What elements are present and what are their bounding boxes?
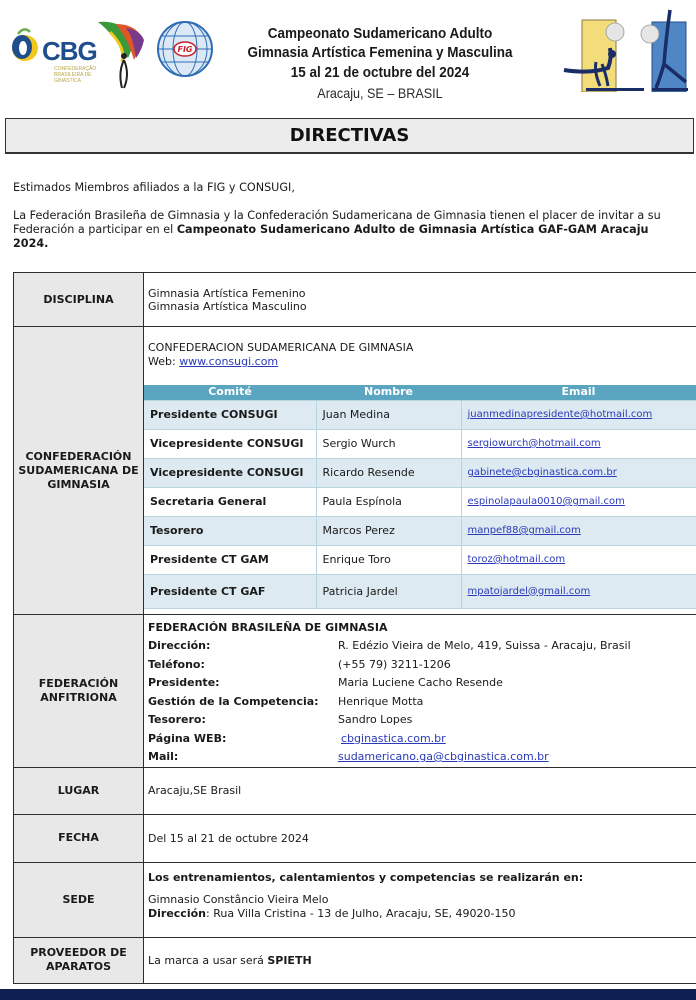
row-confederacion: CONFEDERACIÓN SUDAMERICANA DE GIMNASIA C… — [14, 327, 696, 615]
email-link[interactable]: sergiowurch@hotmail.com — [468, 438, 601, 449]
consugi-name: CONFEDERACION SUDAMERICANA DE GIMNASIA — [148, 341, 696, 355]
value-disciplina: Gimnasia Artística Femenino Gimnasia Art… — [144, 273, 696, 327]
committee-row: Vicepresidente CONSUGI Sergio Wurch serg… — [144, 429, 696, 458]
label-lugar: LUGAR — [14, 767, 144, 814]
svg-text:FIG: FIG — [177, 45, 192, 54]
gestion-value: Henrique Motta — [338, 693, 696, 712]
event-title-block: Campeonato Sudamericano Adulto Gimnasia … — [230, 24, 530, 102]
fig-globe-logo-icon: FIG — [156, 20, 214, 78]
intro-text: Estimados Miembros afiliados a la FIG y … — [13, 181, 683, 265]
federacion-title: FEDERACIÓN BRASILEÑA DE GIMNASIA — [148, 619, 696, 637]
cbg-swirl-icon — [10, 26, 40, 62]
col-header-email: Email — [461, 385, 696, 400]
row-disciplina: DISCIPLINA Gimnasia Artística Femenino G… — [14, 273, 696, 327]
mail-link[interactable]: sudamericano.ga@cbginastica.com.br — [338, 750, 549, 763]
telefono-value: (+55 79) 3211-1206 — [338, 656, 696, 675]
event-title: Campeonato Sudamericano Adulto — [245, 24, 515, 44]
sede-intro: Los entrenamientos, calentamientos y com… — [148, 871, 696, 885]
label-fecha: FECHA — [14, 814, 144, 862]
cbg-subtitle: CONFEDERAÇÃO BRASILEIRA DE GINÁSTICA — [54, 66, 96, 84]
footer-bar — [0, 989, 696, 1000]
invitation-paragraph: La Federación Brasileña de Gimnasia y la… — [13, 209, 683, 251]
value-confederacion: CONFEDERACION SUDAMERICANA DE GIMNASIA W… — [144, 327, 696, 615]
committee-row: Tesorero Marcos Perez manpef88@gmail.com — [144, 516, 696, 545]
email-link[interactable]: gabinete@cbginastica.com.br — [468, 467, 617, 478]
committee-row: Vicepresidente CONSUGI Ricardo Resende g… — [144, 458, 696, 487]
committee-row: Presidente CT GAF Patricia Jardel mpatoj… — [144, 574, 696, 608]
directivas-banner: DIRECTIVAS — [5, 118, 694, 154]
committee-row: Presidente CT GAM Enrique Toro toroz@hot… — [144, 545, 696, 574]
email-link[interactable]: toroz@hotmail.com — [468, 554, 566, 565]
label-sede: SEDE — [14, 862, 144, 937]
sede-address: Dirección: Rua Villa Cristina - 13 de Ju… — [148, 907, 696, 921]
value-federacion: FEDERACIÓN BRASILEÑA DE GIMNASIA Direcci… — [144, 615, 696, 768]
row-fecha: FECHA Del 15 al 21 de octubre 2024 — [14, 814, 696, 862]
federacion-details: Dirección: R. Edézio Vieira de Melo, 419… — [148, 637, 696, 767]
col-header-comite: Comité — [144, 385, 316, 400]
tesorero-value: Sandro Lopes — [338, 711, 696, 730]
greeting: Estimados Miembros afiliados a la FIG y … — [13, 181, 683, 195]
col-header-nombre: Nombre — [316, 385, 461, 400]
row-sede: SEDE Los entrenamientos, calentamientos … — [14, 862, 696, 937]
direccion-value: R. Edézio Vieira de Melo, 419, Suissa - … — [338, 637, 696, 656]
row-proveedor: PROVEEDOR DE APARATOS La marca a usar se… — [14, 937, 696, 983]
email-link[interactable]: mpatojardel@gmail.com — [468, 586, 591, 597]
label-federacion: FEDERACIÓN ANFITRIONA — [14, 615, 144, 768]
email-link[interactable]: espinolapaula0010@gmail.com — [468, 496, 625, 507]
committee-row: Secretaria General Paula Espínola espino… — [144, 487, 696, 516]
row-lugar: LUGAR Aracaju,SE Brasil — [14, 767, 696, 814]
value-lugar: Aracaju,SE Brasil — [144, 767, 696, 814]
cbg-wordmark: CBG — [42, 36, 97, 67]
directives-table: DISCIPLINA Gimnasia Artística Femenino G… — [13, 272, 696, 984]
website-link[interactable]: cbginastica.com.br — [341, 732, 446, 745]
label-proveedor: PROVEEDOR DE APARATOS — [14, 937, 144, 983]
consugi-web-link[interactable]: www.consugi.com — [179, 355, 278, 368]
document-header: CBG CONFEDERAÇÃO BRASILEIRA DE GINÁSTICA… — [0, 0, 696, 112]
presidente-value: Maria Luciene Cacho Resende — [338, 674, 696, 693]
value-proveedor: La marca a usar será SPIETH — [144, 937, 696, 983]
label-disciplina: DISCIPLINA — [14, 273, 144, 327]
sede-venue: Gimnasio Constâncio Vieira Melo — [148, 893, 696, 907]
event-subtitle: Gimnasia Artística Femenina y Masculina — [245, 44, 515, 62]
label-confederacion: CONFEDERACIÓN SUDAMERICANA DE GIMNASIA — [14, 327, 144, 615]
email-link[interactable]: juanmedinapresidente@hotmail.com — [468, 409, 653, 420]
gymnast-figure-logo-icon — [96, 18, 146, 90]
email-link[interactable]: manpef88@gmail.com — [468, 525, 581, 536]
value-fecha: Del 15 al 21 de octubre 2024 — [144, 814, 696, 862]
brand-name: SPIETH — [267, 954, 311, 967]
cbg-logo: CBG CONFEDERAÇÃO BRASILEIRA DE GINÁSTICA — [8, 16, 96, 84]
committee-row: Presidente CONSUGI Juan Medina juanmedin… — [144, 400, 696, 429]
value-sede: Los entrenamientos, calentamientos y com… — [144, 862, 696, 937]
row-federacion-anfitriona: FEDERACIÓN ANFITRIONA FEDERACIÓN BRASILE… — [14, 615, 696, 768]
gaf-gam-logo-icon — [560, 8, 690, 92]
event-location: Aracaju, SE – BRASIL — [245, 84, 515, 102]
event-dates: 15 al 21 de octubre del 2024 — [245, 62, 515, 84]
committee-table: Comité Nombre Email Presidente CONSUGI J… — [144, 385, 696, 609]
